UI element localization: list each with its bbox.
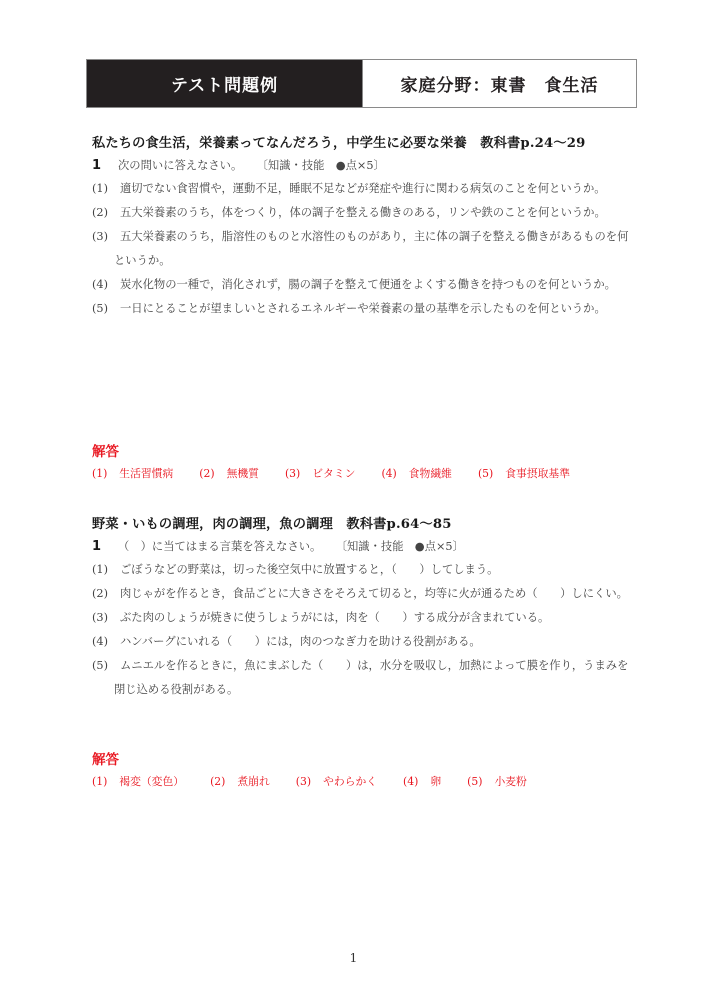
answer-item: (3)ビタミン: [285, 464, 355, 484]
textbook-pages: p.24〜29: [520, 136, 585, 151]
answer-num: (1): [92, 772, 107, 792]
question-item: (3) ぶた肉のしょうが焼きに使うしょうがには，肉を（ ）する成分が含まれている…: [92, 606, 637, 630]
answer-num: (5): [478, 464, 493, 484]
question-item: (1) 適切でない食習慣や，運動不足，睡眠不足などが発症や進行に関わる病気のこと…: [92, 177, 637, 201]
question-num: (4): [92, 630, 114, 654]
question-item: (4) ハンバーグにいれる（ ）には，肉のつなぎ力を助ける役割がある。: [92, 630, 637, 654]
answer-list: (1)生活習慣病 (2)無機質 (3)ビタミン (4)食物繊維 (5)食事摂取基…: [92, 464, 637, 484]
instruction: 1次の問いに答えなさい。〔知識・技能 ●点×5〕: [92, 155, 637, 177]
question-num: (1): [92, 558, 114, 582]
question-number: 1: [92, 155, 118, 177]
question-item: (5) 一日にとることが望ましいとされるエネルギーや栄養素の量の基準を示したもの…: [92, 297, 637, 321]
question-text: 適切でない食習慣や，運動不足，睡眠不足などが発症や進行に関わる病気のことを何とい…: [114, 177, 637, 201]
question-num: (4): [92, 273, 114, 297]
answer-item: (5)小麦粉: [467, 772, 527, 792]
answer-text: 卵: [430, 772, 441, 792]
answer-text: 無機質: [227, 464, 259, 484]
section-title-text: 野菜・いもの調理，肉の調理，魚の調理 教科書: [92, 517, 387, 532]
section-title: 野菜・いもの調理，肉の調理，魚の調理 教科書p.64〜85: [92, 514, 637, 536]
question-item: (2) 五大栄養素のうち，体をつくり，体の調子を整える働きのある，リンや鉄のこと…: [92, 201, 637, 225]
score-meta: 〔知識・技能 ●点×5〕: [262, 159, 385, 172]
question-num: (2): [92, 201, 114, 225]
answer-text: やわらかく: [323, 772, 377, 792]
section-title-text: 私たちの食生活，栄養素ってなんだろう，中学生に必要な栄養 教科書: [92, 136, 520, 151]
question-num: (3): [92, 606, 114, 630]
score-meta: 〔知識・技能 ●点×5〕: [341, 540, 464, 553]
question-num: (1): [92, 177, 114, 201]
answer-text: 生活習慣病: [119, 464, 173, 484]
question-item: (4) 炭水化物の一種で，消化されず，腸の調子を整えて便通をよくする働きを持つも…: [92, 273, 637, 297]
section-title: 私たちの食生活，栄養素ってなんだろう，中学生に必要な栄養 教科書p.24〜29: [92, 133, 637, 155]
answer-num: (3): [296, 772, 311, 792]
instruction-text: 次の問いに答えなさい。: [118, 159, 242, 172]
answer-item: (2)無機質: [199, 464, 259, 484]
question-num: (5): [92, 297, 114, 321]
answer-num: (4): [381, 464, 396, 484]
header-title-left: テスト問題例: [87, 60, 363, 107]
answer-text: 食物繊維: [409, 464, 452, 484]
question-number: 1: [92, 536, 118, 558]
answer-num: (4): [403, 772, 418, 792]
answers-2: 解答 (1)褐変（変色） (2)煮崩れ (3)やわらかく (4)卵 (5)小麦粉: [92, 748, 637, 792]
instruction: 1（ ）に当てはまる言葉を答えなさい。〔知識・技能 ●点×5〕: [92, 536, 637, 558]
question-text: 一日にとることが望ましいとされるエネルギーや栄養素の量の基準を示したものを何とい…: [114, 297, 637, 321]
answer-num: (3): [285, 464, 300, 484]
question-text: ムニエルを作るときに，魚にまぶした（ ）は，水分を吸収し，加熱によって膜を作り，…: [114, 654, 637, 702]
answer-heading: 解答: [92, 748, 637, 772]
section-1: 私たちの食生活，栄養素ってなんだろう，中学生に必要な栄養 教科書p.24〜29 …: [92, 133, 637, 321]
question-text: ハンバーグにいれる（ ）には，肉のつなぎ力を助ける役割がある。: [114, 630, 637, 654]
question-text: 炭水化物の一種で，消化されず，腸の調子を整えて便通をよくする働きを持つものを何と…: [114, 273, 637, 297]
answer-list: (1)褐変（変色） (2)煮崩れ (3)やわらかく (4)卵 (5)小麦粉: [92, 772, 637, 792]
answer-item: (5)食事摂取基準: [478, 464, 570, 484]
answer-item: (4)卵: [403, 772, 441, 792]
page-header: テスト問題例 家庭分野：東書 食生活: [86, 59, 637, 108]
header-title-right: 家庭分野：東書 食生活: [363, 60, 636, 107]
answer-num: (1): [92, 464, 107, 484]
answer-num: (2): [199, 464, 214, 484]
question-item: (3) 五大栄養素のうち，脂溶性のものと水溶性のものがあり，主に体の調子を整える…: [92, 225, 637, 273]
question-text: ぶた肉のしょうが焼きに使うしょうがには，肉を（ ）する成分が含まれている。: [114, 606, 637, 630]
question-item: (2) 肉じゃがを作るとき，食品ごとに大きさをそろえて切ると，均等に火が通るため…: [92, 582, 637, 606]
question-num: (2): [92, 582, 114, 606]
answer-heading: 解答: [92, 440, 637, 464]
answer-text: 食事摂取基準: [505, 464, 570, 484]
answer-num: (5): [467, 772, 482, 792]
question-text: ごぼうなどの野菜は，切った後空気中に放置すると，（ ）してしまう。: [114, 558, 637, 582]
answer-item: (2)煮崩れ: [210, 772, 270, 792]
question-text: 五大栄養素のうち，体をつくり，体の調子を整える働きのある，リンや鉄のことを何とい…: [114, 201, 637, 225]
question-num: (5): [92, 654, 114, 678]
question-item: (5) ムニエルを作るときに，魚にまぶした（ ）は，水分を吸収し，加熱によって膜…: [92, 654, 637, 702]
answer-item: (1)褐変（変色）: [92, 772, 184, 792]
instruction-text: （ ）に当てはまる言葉を答えなさい。: [118, 540, 321, 553]
answer-item: (4)食物繊維: [381, 464, 451, 484]
answer-item: (3)やわらかく: [296, 772, 377, 792]
answer-text: ビタミン: [312, 464, 355, 484]
page-number: 1: [0, 951, 707, 965]
answer-text: 小麦粉: [494, 772, 526, 792]
question-text: 五大栄養素のうち，脂溶性のものと水溶性のものがあり，主に体の調子を整える働きがあ…: [114, 225, 637, 273]
question-text: 肉じゃがを作るとき，食品ごとに大きさをそろえて切ると，均等に火が通るため（ ）し…: [114, 582, 637, 606]
answer-text: 煮崩れ: [237, 772, 269, 792]
question-num: (3): [92, 225, 114, 249]
answer-text: 褐変（変色）: [119, 772, 184, 792]
answers-1: 解答 (1)生活習慣病 (2)無機質 (3)ビタミン (4)食物繊維 (5)食事…: [92, 440, 637, 484]
answer-num: (2): [210, 772, 225, 792]
section-2: 野菜・いもの調理，肉の調理，魚の調理 教科書p.64〜85 1（ ）に当てはまる…: [92, 514, 637, 702]
question-item: (1) ごぼうなどの野菜は，切った後空気中に放置すると，（ ）してしまう。: [92, 558, 637, 582]
answer-item: (1)生活習慣病: [92, 464, 173, 484]
textbook-pages: p.64〜85: [387, 517, 452, 532]
